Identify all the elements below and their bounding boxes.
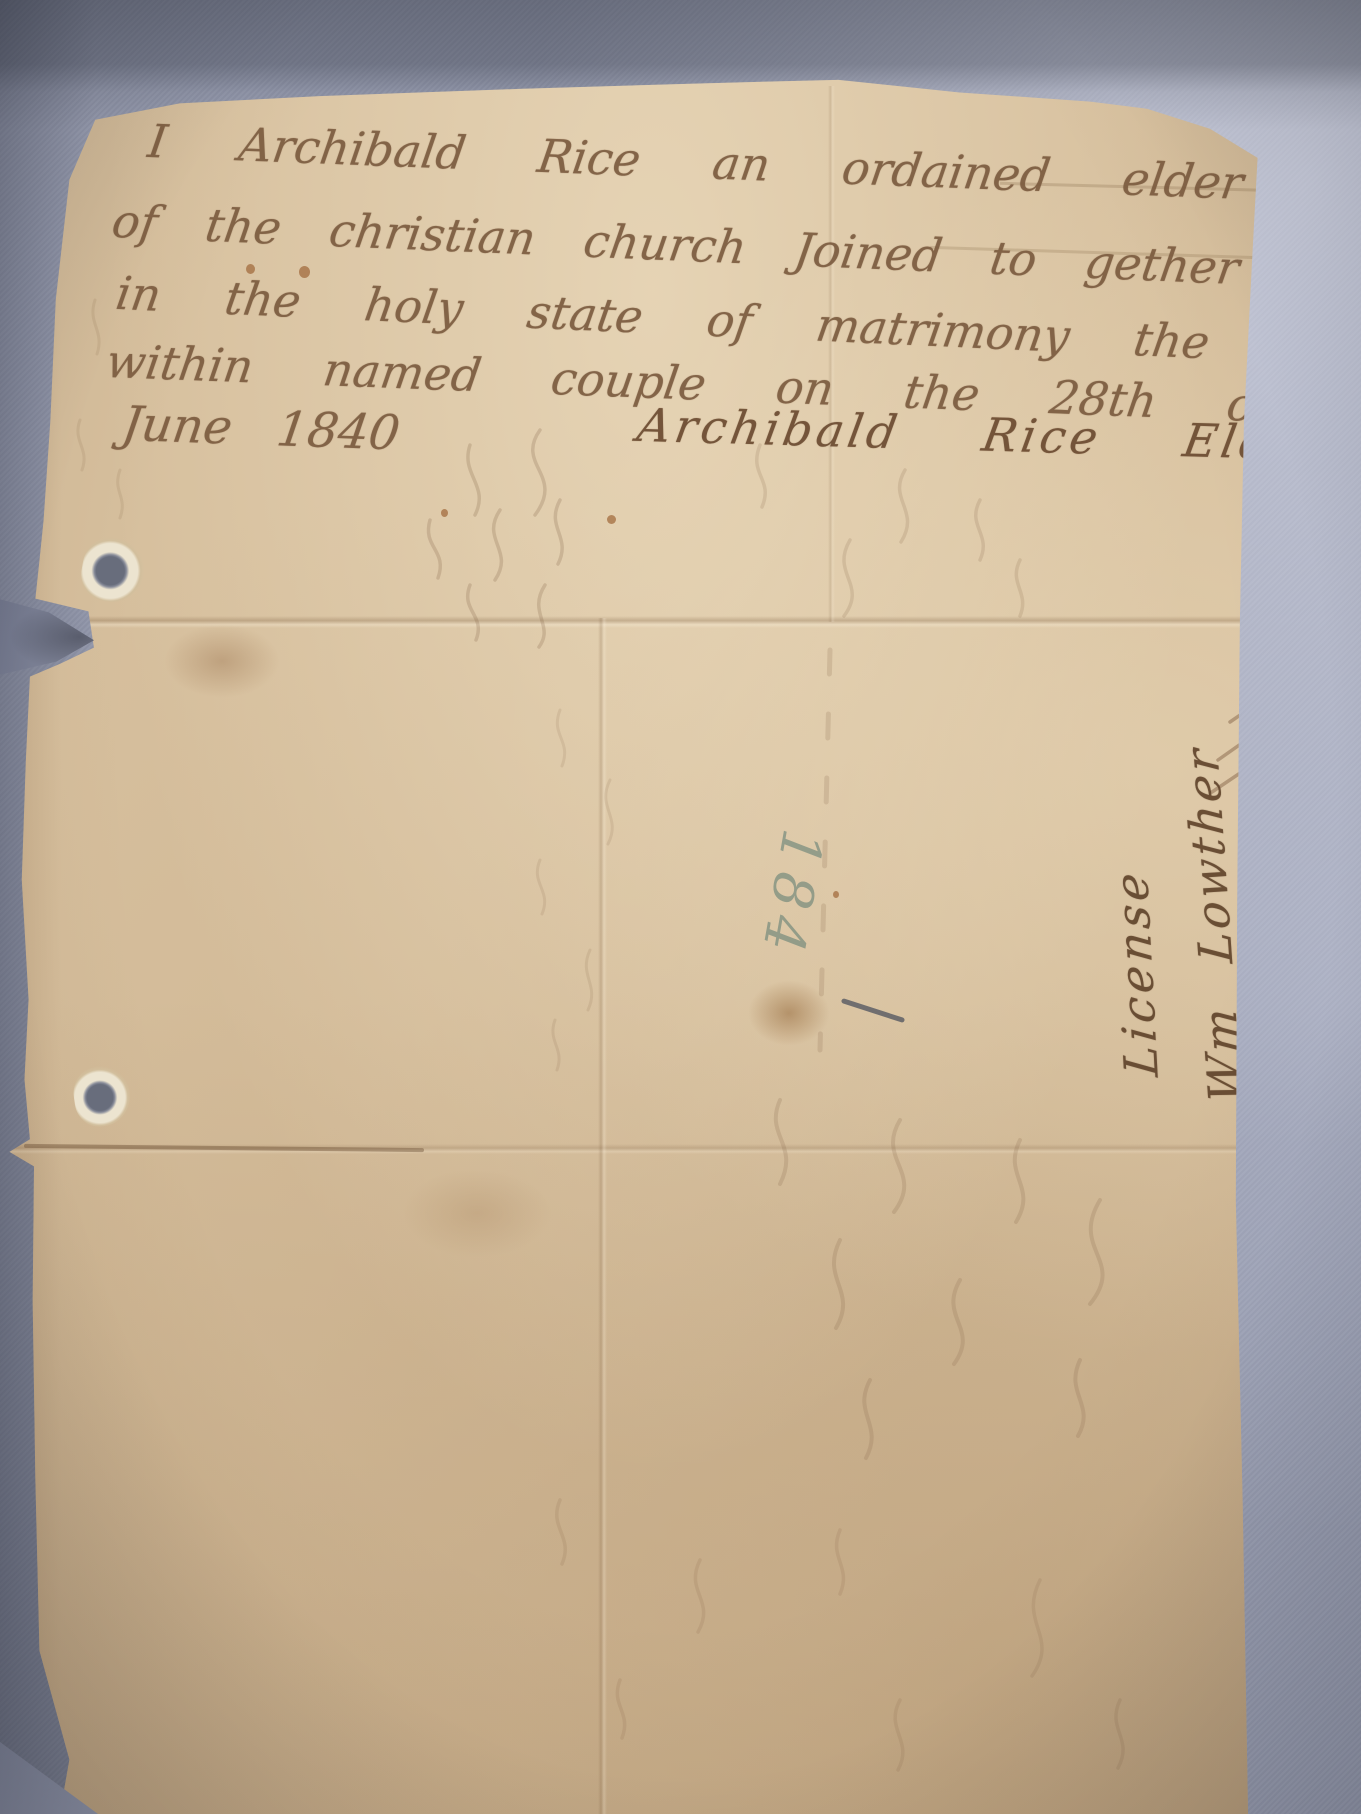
photo-of-document: I Archibald Rice an ordained elder — of … [0, 0, 1361, 1814]
horizontal-fold-line [0, 1144, 1361, 1154]
handwritten-signature: Archibald Rice Eld [634, 402, 1277, 466]
handwritten-line-2: of the christian church Joined to gether [109, 198, 1242, 291]
handwritten-date-line: June 1840 [119, 400, 402, 457]
rust-spot [833, 891, 839, 898]
handwritten-line-3: in the holy state of matrimony the [113, 270, 1213, 365]
rust-spot [607, 515, 616, 524]
pencil-stroke [841, 998, 905, 1023]
vertical-fold-line [598, 618, 607, 1814]
paper-stain [164, 624, 280, 698]
faint-numeral-annotation: 184 [748, 824, 835, 964]
horizontal-fold-tear [24, 1144, 424, 1152]
docket-license-vertical-text: License [1097, 744, 1169, 1078]
document-paper: I Archibald Rice an ordained elder — of … [0, 0, 1361, 1814]
paper-stain [402, 1168, 552, 1258]
rust-spot [299, 266, 310, 278]
ink-stain [748, 980, 830, 1046]
rust-spot [246, 264, 255, 274]
vertical-fold-line [828, 86, 835, 622]
bleed-through-marks [0, 0, 1361, 1814]
handwritten-line-1: I Archibald Rice an ordained elder — [145, 118, 1361, 210]
handwritten-line-4: within named couple on the 28th of [103, 338, 1275, 429]
rust-spot [441, 509, 448, 517]
horizontal-fold-line [0, 616, 1361, 628]
